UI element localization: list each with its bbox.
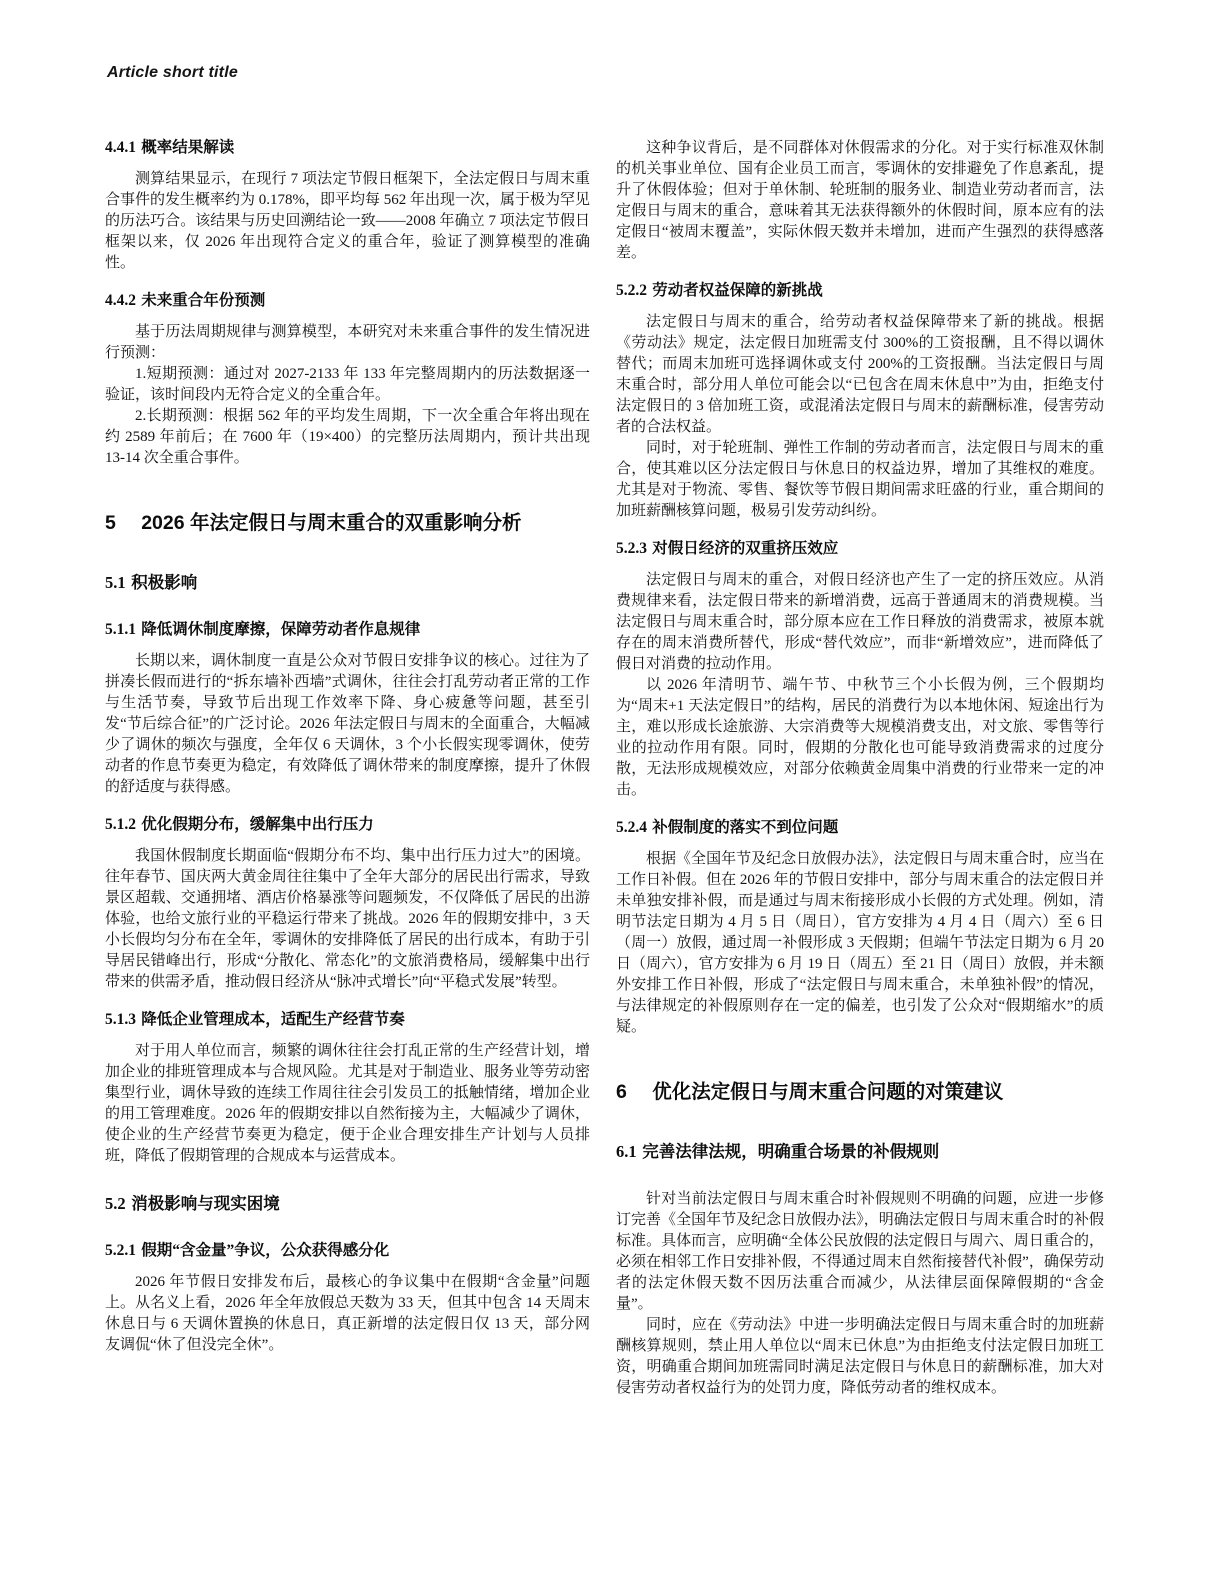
heading-number: 5 bbox=[105, 512, 116, 534]
heading-title: 未来重合年份预测 bbox=[141, 292, 265, 309]
heading-number: 5.2.4 bbox=[616, 819, 647, 836]
heading-title: 补假制度的落实不到位问题 bbox=[652, 819, 838, 836]
heading-number: 5.1.1 bbox=[105, 621, 136, 638]
paragraph: 法定假日与周末的重合，给劳动者权益保障带来了新的挑战。根据《劳动法》规定，法定假… bbox=[616, 312, 1104, 438]
heading-title: 完善法律法规，明确重合场景的补假规则 bbox=[642, 1142, 939, 1161]
subsubsection-heading: 5.2.1假期“含金量”争议，公众获得感分化 bbox=[105, 1241, 590, 1261]
heading-title: 假期“含金量”争议，公众获得感分化 bbox=[141, 1242, 389, 1259]
heading-title: 2026 年法定假日与周末重合的双重影响分析 bbox=[141, 512, 521, 534]
paragraph: 针对当前法定假日与周末重合时补假规则不明确的问题，应进一步修订完善《全国年节及纪… bbox=[616, 1189, 1104, 1315]
heading-title: 积极影响 bbox=[131, 573, 197, 592]
section-heading: 6优化法定假日与周末重合问题的对策建议 bbox=[616, 1079, 1104, 1106]
subsubsection-heading: 5.2.4补假制度的落实不到位问题 bbox=[616, 818, 1104, 838]
heading-title: 劳动者权益保障的新挑战 bbox=[652, 282, 823, 299]
paragraph: 法定假日与周末的重合，对假日经济也产生了一定的挤压效应。从消费规律来看，法定假日… bbox=[616, 570, 1104, 675]
subsection-heading: 5.1积极影响 bbox=[105, 572, 590, 594]
subsubsection-heading: 5.2.2劳动者权益保障的新挑战 bbox=[616, 281, 1104, 301]
section-heading: 52026 年法定假日与周末重合的双重影响分析 bbox=[105, 510, 590, 537]
paragraph: 对于用人单位而言，频繁的调休往往会打乱正常的生产经营计划，增加企业的排班管理成本… bbox=[105, 1041, 590, 1167]
heading-title: 降低企业管理成本，适配生产经营节奏 bbox=[141, 1011, 405, 1028]
subsubsection-heading: 5.1.1降低调休制度摩擦，保障劳动者作息规律 bbox=[105, 620, 590, 640]
heading-number: 4.4.2 bbox=[105, 292, 136, 309]
paragraph: 2026 年节假日安排发布后，最核心的争议集中在假期“含金量”问题上。从名义上看… bbox=[105, 1272, 590, 1356]
heading-title: 消极影响与现实困境 bbox=[131, 1194, 280, 1213]
left-column: 4.4.1概率结果解读测算结果显示，在现行 7 项法定节假日框架下，全法定假日与… bbox=[105, 138, 590, 1356]
heading-number: 5.1.2 bbox=[105, 816, 136, 833]
heading-number: 5.2 bbox=[105, 1194, 126, 1213]
subsubsection-heading: 5.1.2优化假期分布，缓解集中出行压力 bbox=[105, 815, 590, 835]
heading-number: 5.2.1 bbox=[105, 1242, 136, 1259]
paragraph: 根据《全国年节及纪念日放假办法》，法定假日与周末重合时，应当在工作日补假。但在 … bbox=[616, 849, 1104, 1038]
paragraph: 基于历法周期规律与测算模型，本研究对未来重合事件的发生情况进行预测： bbox=[105, 322, 590, 364]
heading-number: 5.2.2 bbox=[616, 282, 647, 299]
paragraph: 以 2026 年清明节、端午节、中秋节三个小长假为例，三个假期均为“周末+1 天… bbox=[616, 675, 1104, 801]
subsubsection-heading: 4.4.1概率结果解读 bbox=[105, 138, 590, 158]
subsubsection-heading: 5.2.3对假日经济的双重挤压效应 bbox=[616, 539, 1104, 559]
document-page: Article short title 4.4.1概率结果解读测算结果显示，在现… bbox=[0, 0, 1224, 1582]
paragraph: 同时，对于轮班制、弹性工作制的劳动者而言，法定假日与周末的重合，使其难以区分法定… bbox=[616, 438, 1104, 522]
subsubsection-heading: 5.1.3降低企业管理成本，适配生产经营节奏 bbox=[105, 1010, 590, 1030]
subsubsection-heading: 4.4.2未来重合年份预测 bbox=[105, 291, 590, 311]
paragraph: 同时，应在《劳动法》中进一步明确法定假日与周末重合时的加班薪酬核算规则，禁止用人… bbox=[616, 1315, 1104, 1399]
paragraph: 1.短期预测：通过对 2027-2133 年 133 年完整周期内的历法数据逐一… bbox=[105, 364, 590, 406]
heading-title: 对假日经济的双重挤压效应 bbox=[652, 540, 838, 557]
right-column: 这种争议背后，是不同群体对休假需求的分化。对于实行标准双休制的机关事业单位、国有… bbox=[616, 138, 1104, 1399]
paragraph: 这种争议背后，是不同群体对休假需求的分化。对于实行标准双休制的机关事业单位、国有… bbox=[616, 138, 1104, 264]
heading-title: 优化假期分布，缓解集中出行压力 bbox=[141, 816, 374, 833]
paragraph: 我国休假制度长期面临“假期分布不均、集中出行压力过大”的困境。往年春节、国庆两大… bbox=[105, 846, 590, 993]
paragraph: 长期以来，调休制度一直是公众对节假日安排争议的核心。过往为了拼凑长假而进行的“拆… bbox=[105, 651, 590, 798]
subsection-heading: 6.1完善法律法规，明确重合场景的补假规则 bbox=[616, 1141, 1104, 1163]
heading-number: 6 bbox=[616, 1081, 627, 1103]
heading-title: 优化法定假日与周末重合问题的对策建议 bbox=[652, 1081, 1003, 1103]
running-head: Article short title bbox=[107, 64, 238, 82]
subsection-heading: 5.2消极影响与现实困境 bbox=[105, 1193, 590, 1215]
heading-number: 4.4.1 bbox=[105, 139, 136, 156]
heading-number: 6.1 bbox=[616, 1142, 637, 1161]
heading-number: 5.2.3 bbox=[616, 540, 647, 557]
paragraph: 2.长期预测：根据 562 年的平均发生周期，下一次全重合年将出现在约 2589… bbox=[105, 406, 590, 469]
heading-title: 概率结果解读 bbox=[141, 139, 234, 156]
paragraph: 测算结果显示，在现行 7 项法定节假日框架下，全法定假日与周末重合事件的发生概率… bbox=[105, 169, 590, 274]
heading-number: 5.1 bbox=[105, 573, 126, 592]
heading-number: 5.1.3 bbox=[105, 1011, 136, 1028]
heading-title: 降低调休制度摩擦，保障劳动者作息规律 bbox=[141, 621, 420, 638]
